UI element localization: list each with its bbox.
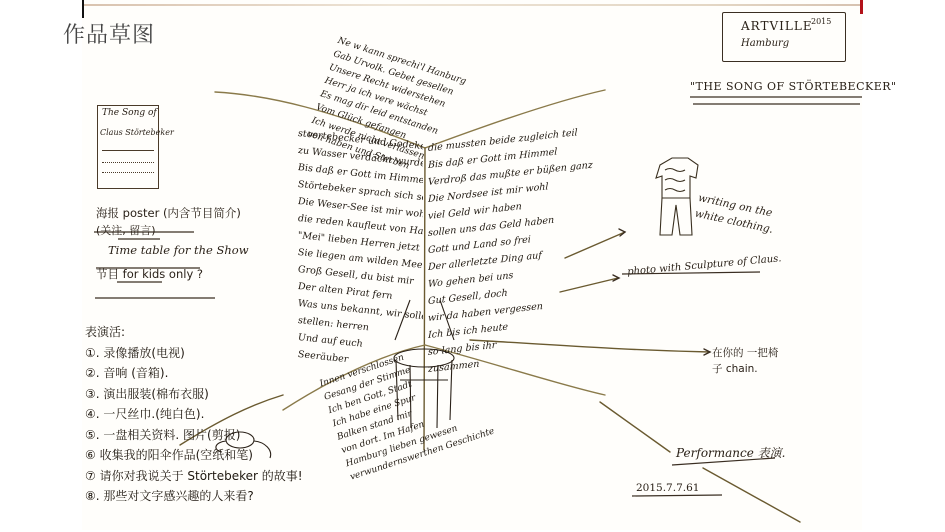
equipment-list: 表演活: ①. 录像播放(电视) ②. 音响 (音箱). ③. 演出服装(棉布衣…: [85, 322, 303, 507]
event-year: 2015: [811, 17, 831, 26]
poster-line-1: The Song of: [102, 108, 157, 118]
note-attention: (关注, 留言): [96, 222, 156, 238]
cube-left-text: stoertebecker und Godeke Michel zu Wasse…: [298, 125, 423, 376]
list-item: ①. 录像播放(电视): [85, 343, 303, 364]
list-item: ②. 音响 (音箱).: [85, 363, 303, 384]
event-name: ARTVILLE: [741, 19, 813, 33]
list-item: ③. 演出服装(棉布衣服): [85, 384, 303, 405]
poster-line-2: Claus Störtebeker: [100, 128, 174, 137]
list-item: ⑥ 收集我的阳伞作品(空纸和笔): [85, 445, 303, 466]
event-title-box: ARTVILLE 2015 Hamburg: [722, 12, 846, 62]
list-item: ⑤. 一盘相关资料. 图片(剪报): [85, 425, 303, 446]
poster-sketch: The Song of Claus Störtebeker: [97, 105, 159, 189]
list-item: ④. 一尺丝巾.(纯白色).: [85, 404, 303, 425]
note-kids-only: 节目 for kids only ?: [96, 266, 203, 282]
list-heading: 表演活:: [85, 322, 303, 343]
event-city: Hamburg: [741, 38, 789, 49]
annotation-chair: 在你的 一把椅子 chain.: [712, 345, 782, 377]
list-item: ⑦ 请你对我说关于 Störtebeker 的故事!: [85, 466, 303, 487]
annotation-date: 2015.7.7.61: [636, 482, 699, 494]
note-poster: 海报 poster (内含节目简介): [96, 205, 241, 221]
list-item: ⑧. 那些对文字感兴趣的人来看?: [85, 486, 303, 507]
project-title: "THE SONG OF STÖRTEBECKER": [690, 80, 897, 93]
note-timetable: Time table for the Show: [108, 243, 249, 257]
annotation-performance: Performance 表演.: [676, 444, 786, 461]
